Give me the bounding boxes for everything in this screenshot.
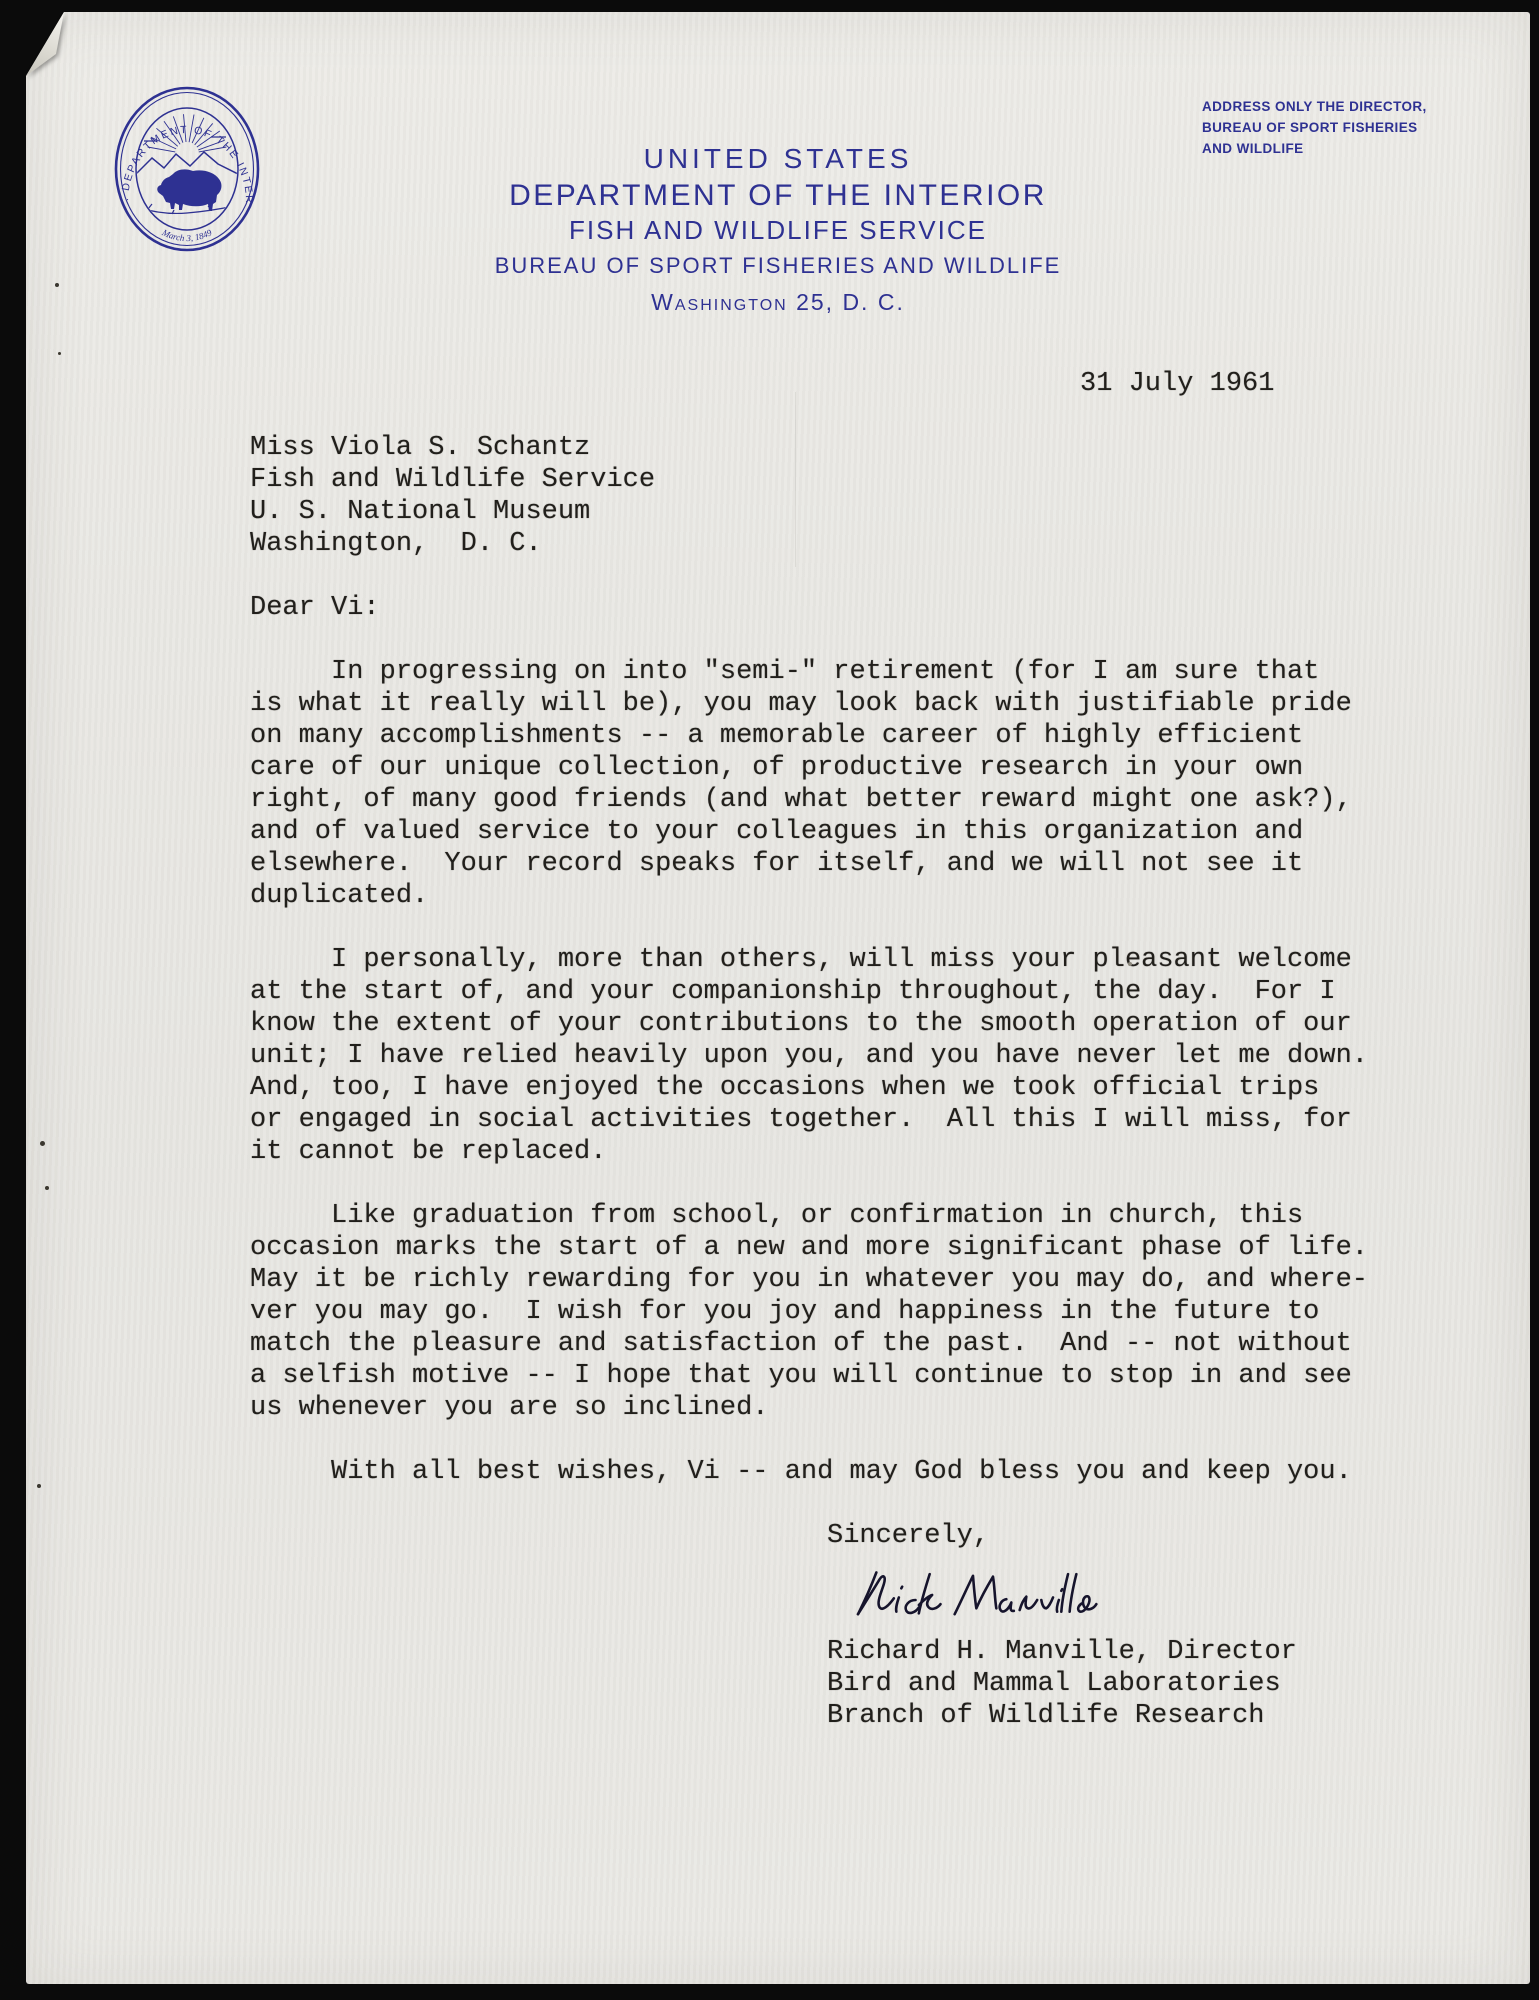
scan-speck [45,1186,49,1190]
letterhead-city: Washington 25, D. C. [26,291,1530,313]
scan-speck [58,352,61,355]
scan-speck [40,1141,45,1146]
scan-speck [1128,962,1132,966]
paragraph-3: Like graduation from school, or confirma… [250,1200,1430,1424]
scanned-letter: U. S. DEPARTMENT OF THE INTERIOR March 3… [0,0,1539,2000]
date-line: 31 July 1961 [1080,368,1430,400]
recipient-address: Miss Viola S. Schantz Fish and Wildlife … [250,432,1430,560]
folded-corner-flap [26,12,86,82]
letterhead-department: DEPARTMENT OF THE INTERIOR [26,182,1530,210]
scan-speck [37,1484,41,1488]
letter-body: 31 July 1961 Miss Viola S. Schantz Fish … [250,368,1430,1732]
signature-handwritten [848,1556,1098,1634]
scan-speck [55,283,59,287]
complimentary-close: Sincerely, [827,1520,1430,1552]
letterhead-bureau: BUREAU OF SPORT FISHERIES AND WILDLIFE [26,255,1530,277]
letterhead: UNITED STATES DEPARTMENT OF THE INTERIOR… [26,146,1530,313]
salutation: Dear Vi: [250,592,1430,624]
paragraph-4: With all best wishes, Vi -- and may God … [250,1456,1430,1488]
folded-corner [26,12,86,82]
paragraph-1: In progressing on into "semi-" retiremen… [250,656,1430,912]
paragraph-2: I personally, more than others, will mis… [250,944,1430,1168]
letterhead-service: FISH AND WILDLIFE SERVICE [26,218,1530,242]
letterhead-united-states: UNITED STATES [26,146,1530,172]
signer-block: Richard H. Manville, Director Bird and M… [827,1636,1430,1732]
